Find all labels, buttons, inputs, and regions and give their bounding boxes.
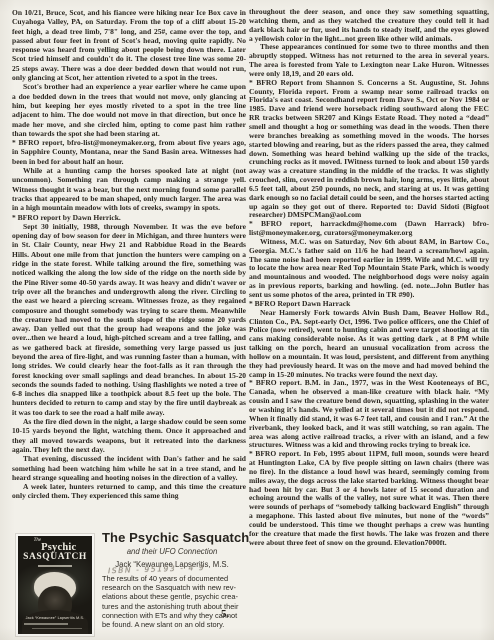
paragraph: * BFRO report by Dawn Herrick. <box>12 213 246 222</box>
paragraph: * BFRO report. In Feb, 1995 about 11PM, … <box>249 450 489 547</box>
left-text-column: On 10/21, Bruce, Scot, and his fiancee w… <box>12 8 246 531</box>
cover-subtitle-bar <box>38 565 72 567</box>
cover-title-the: The <box>34 538 42 543</box>
paragraph: * BFRO report, bfro-list@moneymaker.org,… <box>12 138 246 166</box>
book-cover-image: ThePsychic SASQUATCH Jack “Kewaunee” Lap… <box>16 534 94 636</box>
paragraph: As the fire died down in the night, a la… <box>12 417 246 454</box>
paragraph: Witness, M.C. was on Saturday, Nov 6th a… <box>249 238 489 300</box>
page-number: 5. <box>221 608 229 620</box>
paragraph: On 10/21, Bruce, Scot, and his fiancee w… <box>12 8 246 82</box>
book-cover-title: ThePsychic SASQUATCH <box>18 536 92 567</box>
paragraph: These appearances continued for some two… <box>249 43 489 78</box>
sasquatch-shoulders-shape <box>22 610 88 634</box>
cover-title-sasquatch: SASQUATCH <box>18 553 92 563</box>
scanned-newsletter-page: { "page": { "number": "5.", "paper_color… <box>0 0 494 640</box>
cover-author-line: Jack “Kewaunee” Lapseritis M.S. <box>18 616 92 620</box>
paragraph: throughout the deer season, and once the… <box>249 8 489 43</box>
paragraph: Scot's brother had an experience a year … <box>12 82 246 138</box>
paragraph: * BFRO report. B.M. in Jan., 1977, was i… <box>249 379 489 450</box>
ad-title: The Psychic Sasquatch <box>102 531 242 545</box>
paragraph: That evening, discussed the incident wit… <box>12 454 246 482</box>
paragraph: Near Hamersly Fork towards Alvin Bush Da… <box>249 309 489 380</box>
paragraph: A week later, hunters returned to camp, … <box>12 482 246 501</box>
paragraph: * BFRO report, harrackdm@home.com (Dawn … <box>249 220 489 238</box>
ad-body: The results of 40 years of documented re… <box>102 574 242 630</box>
book-ad-block: ThePsychic SASQUATCH Jack “Kewaunee” Lap… <box>14 531 242 638</box>
paragraph: * BFRO Report from Shannon S. Concerns a… <box>249 79 489 221</box>
book-cover-art: ThePsychic SASQUATCH Jack “Kewaunee” Lap… <box>18 536 92 634</box>
cover-fineprint-bar <box>32 628 82 630</box>
right-text-column: throughout the deer season, and once the… <box>249 8 489 632</box>
cover-fineprint-bar <box>24 623 68 625</box>
paragraph: While at a hunting camp the horses spook… <box>12 166 246 212</box>
paragraph: Sept 30 initially, 1988, through Novembe… <box>12 222 246 417</box>
ad-subtitle: and their UFO Connection <box>102 547 242 556</box>
